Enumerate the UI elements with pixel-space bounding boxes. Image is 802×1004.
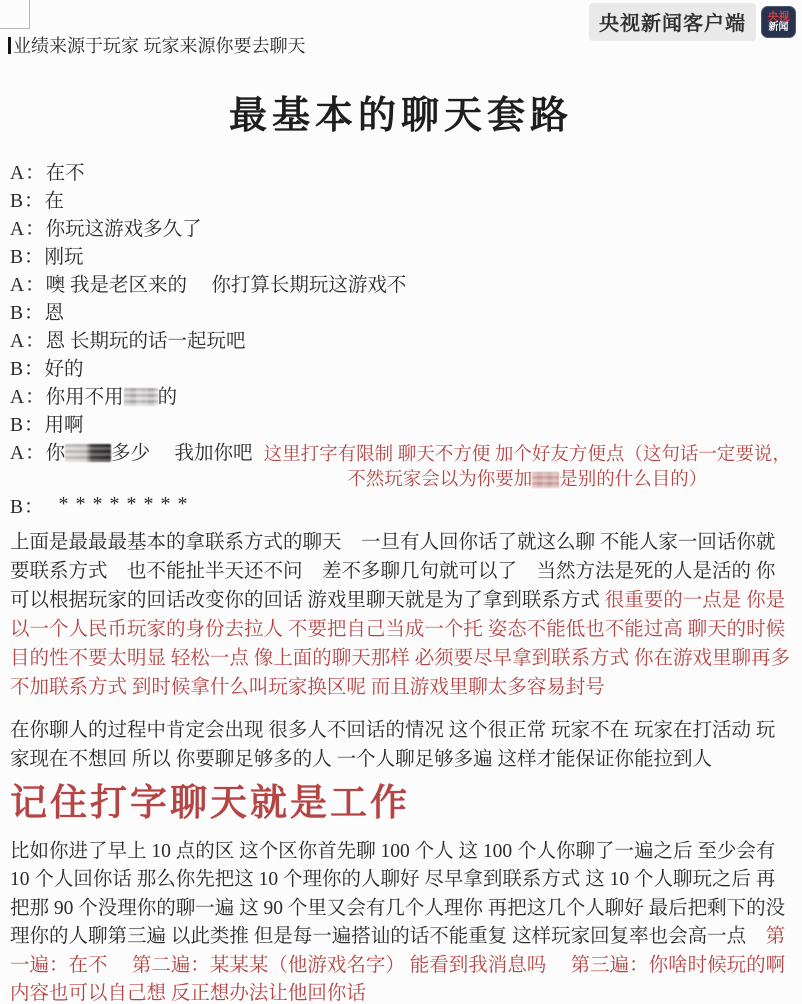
text-cursor <box>8 37 11 54</box>
masked-contact-stars: ******** <box>59 493 195 515</box>
dialogue-line: A：你用不用的 <box>10 384 794 412</box>
text-run: 恩 长期玩的话一起玩吧 <box>46 331 246 352</box>
dialogue-line: B：在 <box>10 188 794 216</box>
paragraph: 比如你进了早上 10 点的区 这个区你首先聊 100 个人 这 100 个人你聊… <box>10 838 794 1004</box>
text-run: 用啊 <box>45 415 84 436</box>
intro-text: 业绩来源于玩家 玩家来源你要去聊天 <box>13 36 306 56</box>
text-run: 的 <box>158 387 178 408</box>
dialogue-line: B：用啊 <box>10 412 794 440</box>
dialogue-line: B：恩 <box>10 300 794 328</box>
body-paragraphs: 上面是最最最基本的拿联系方式的聊天 一旦有人回你话了就这么聊 不能人家一回话你就… <box>10 528 794 1004</box>
speaker-label: A： <box>10 443 46 464</box>
dialogue-text: B：******** <box>10 497 195 518</box>
dialogue-text: A：在不 <box>10 163 85 184</box>
dialogue-text: B：恩 <box>10 303 64 324</box>
dialogue-line: A：在不 <box>10 160 794 188</box>
dialogue-text: A：恩 长期玩的话一起玩吧 <box>10 331 245 352</box>
cctv-news-badge: 央视新闻客户端 央视 新闻 <box>589 3 796 41</box>
red-text-run: 是别的什么目的） <box>559 470 707 490</box>
dialogue-block: A：在不B：在A：你玩这游戏多久了B：刚玩A：噢 我是老区来的 你打算长期玩这游… <box>10 160 794 522</box>
red-text-run: 这里打字有限制 聊天不方便 加个好友方便点（这句话一定要说，不然玩家会以为你要加 <box>264 445 791 490</box>
text-run: 在不 <box>46 163 85 184</box>
dialogue-text: A：你多少 我加你吧 <box>10 440 253 468</box>
text-run: 恩 <box>45 303 65 324</box>
dialogue-line: A：恩 长期玩的话一起玩吧 <box>10 328 794 356</box>
speaker-label: B： <box>10 497 45 518</box>
red-heading: 记住打字聊天就是工作 <box>10 783 794 826</box>
speaker-label: A： <box>10 331 46 352</box>
logo-text-top: 央视 <box>768 12 790 23</box>
document-page: 央视新闻客户端 央视 新闻 业绩来源于玩家 玩家来源你要去聊天 最基本的聊天套路… <box>0 0 802 1004</box>
text-run: 多少 我加你吧 <box>111 443 252 464</box>
speaker-label: B： <box>10 415 45 436</box>
text-run: 你 <box>46 443 66 464</box>
dialogue-line: B：******** <box>10 493 794 522</box>
text-run: 好的 <box>45 359 84 380</box>
dialogue-line: B：刚玩 <box>10 244 794 272</box>
text-run: 你玩这游戏多久了 <box>46 219 202 240</box>
logo-text-bottom: 新闻 <box>769 23 789 33</box>
page-corner-mark-horizontal <box>0 28 29 29</box>
text-run: 比如你进了早上 10 点的区 这个区你首先聊 100 个人 这 100 个人你聊… <box>10 841 785 948</box>
text-run: 你用不用 <box>46 387 124 408</box>
paragraph: 上面是最最最基本的拿联系方式的聊天 一旦有人回你话了就这么聊 不能人家一回话你就… <box>10 528 794 702</box>
page-corner-mark-vertical <box>29 0 30 29</box>
dialogue-text: A：噢 我是老区来的 你打算长期玩这游戏不 <box>10 275 406 296</box>
censored-blur <box>532 472 559 488</box>
cctv-news-logo-icon: 央视 新闻 <box>761 6 796 38</box>
censored-blur <box>124 388 158 406</box>
paragraph: 在你聊人的过程中肯定会出现 很多人不回话的情况 这个很正常 玩家不在 玩家在打活… <box>10 716 794 774</box>
dialogue-line: A：噢 我是老区来的 你打算长期玩这游戏不 <box>10 272 794 300</box>
speaker-label: A： <box>10 387 46 408</box>
dialogue-line: A：你多少 我加你吧这里打字有限制 聊天不方便 加个好友方便点（这句话一定要说，… <box>10 440 794 493</box>
red-text-run: 记住打字聊天就是工作 <box>10 783 410 824</box>
dialogue-text: B：刚玩 <box>10 247 84 268</box>
dialogue-text: B：好的 <box>10 359 84 380</box>
text-run: 在 <box>45 191 65 212</box>
dialogue-text: B：在 <box>10 191 64 212</box>
speaker-label: A： <box>10 275 46 296</box>
badge-label: 央视新闻客户端 <box>589 3 756 41</box>
dialogue-line: B：好的 <box>10 356 794 384</box>
dialogue-text: A：你玩这游戏多久了 <box>10 219 202 240</box>
intro-line: 业绩来源于玩家 玩家来源你要去聊天 <box>8 32 306 58</box>
censored-blur <box>65 444 111 462</box>
text-run: 在你聊人的过程中肯定会出现 很多人不回话的情况 这个很正常 玩家不在 玩家在打活… <box>10 720 775 770</box>
text-run: 刚玩 <box>45 247 84 268</box>
speaker-label: B： <box>10 247 45 268</box>
dialogue-line: A：你玩这游戏多久了 <box>10 216 794 244</box>
page-title: 最基本的聊天套路 <box>0 84 802 139</box>
text-run: 噢 我是老区来的 你打算长期玩这游戏不 <box>46 275 407 296</box>
speaker-label: B： <box>10 303 45 324</box>
speaker-label: A： <box>10 219 46 240</box>
speaker-label: B： <box>10 191 45 212</box>
dialogue-text: B：用啊 <box>10 415 84 436</box>
dialogue-text: A：你用不用的 <box>10 387 177 408</box>
red-annotation: 这里打字有限制 聊天不方便 加个好友方便点（这句话一定要说，不然玩家会以为你要加… <box>261 443 795 493</box>
speaker-label: B： <box>10 359 45 380</box>
speaker-label: A： <box>10 163 46 184</box>
